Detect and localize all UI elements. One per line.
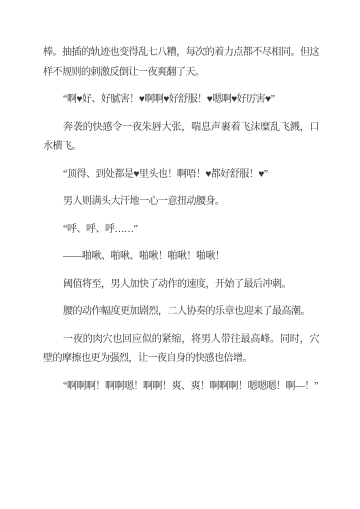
paragraph-dialogue: “啊啊啊！啊啊嗯！啊啊！爽、爽！啊啊啊！嗯嗯嗯！啊—！” [43,377,319,397]
page-text-body: 棒。抽插的轨迹也变得乱七八糟，每次的着力点都不尽相同。但这样不规则的刺激反倒让一… [43,43,319,396]
paragraph-dialogue: “顶得、到处都是♥里头也！啊唔！♥都好舒服！♥” [43,165,319,185]
paragraph-narration: 奔袭的快感令一夜朱唇大张，喘息声裹着飞沫糜乱飞溅，口水横飞。 [43,118,319,157]
paragraph-narration: 男人则满头大汗地一心一意扭动腰身。 [43,192,319,212]
reader-page: 棒。抽插的轨迹也变得乱七八糟，每次的着力点都不尽相同。但这样不规则的刺激反倒让一… [0,0,360,509]
paragraph-narration: 一夜的肉穴也回应似的紧缩，将男人带往最高峰。同时，穴壁的摩擦也更为强烈，让一夜自… [43,330,319,369]
paragraph-narration: 腰的动作幅度更加剧烈，二人协奏的乐章也迎来了最高潮。 [43,302,319,322]
paragraph-dialogue: “啊♥好、好腻害！♥啊啊♥好舒服！♥嗯啊♥好厉害♥” [43,90,319,110]
paragraph-continuation: 棒。抽插的轨迹也变得乱七八糟，每次的着力点都不尽相同。但这样不规则的刺激反倒让一… [43,43,319,82]
paragraph-sound-effect: ——啪啾、啪啾、啪啾！啪啾！啪啾！ [43,247,319,267]
paragraph-narration: 阈值将至，男人加快了动作的速度，开始了最后冲刺。 [43,275,319,295]
paragraph-dialogue: “呼、呼、呼……” [43,220,319,240]
